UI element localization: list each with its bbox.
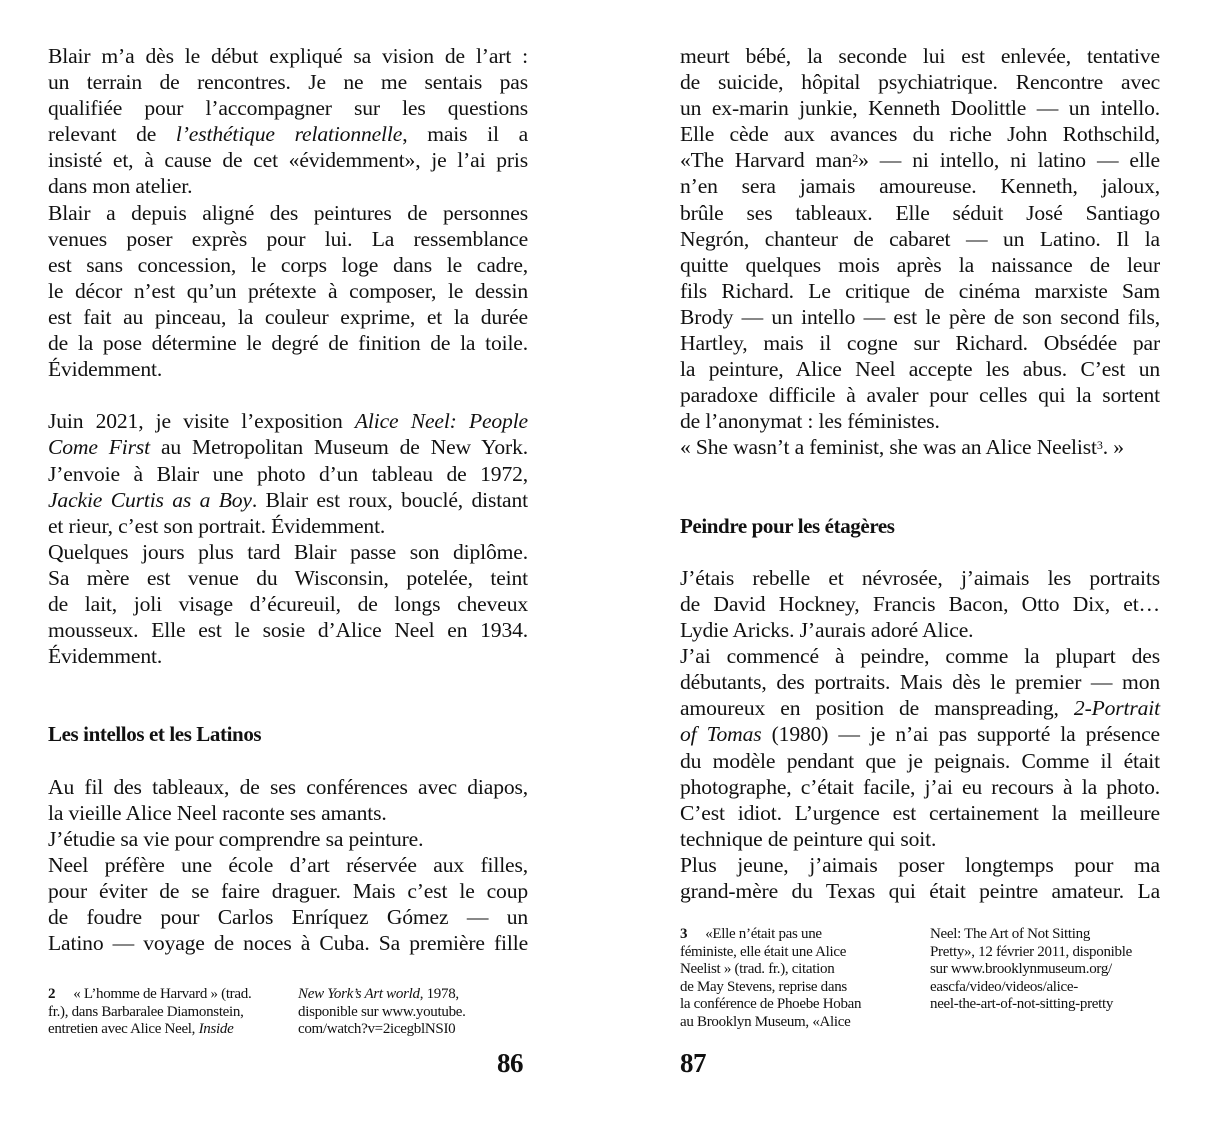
text-line: Negrón, chanteur de cabaret — un Latino.… <box>680 226 1160 252</box>
text-line: quitte quelques mois après la naissance … <box>680 252 1160 278</box>
text-line: dans mon atelier. <box>48 173 528 199</box>
section-heading: Les intellos et les Latinos <box>48 721 528 747</box>
paragraph-exhibition: Juin 2021, je visite l’exposition Alice … <box>48 408 528 669</box>
paragraph-blair-vision: Blair m’a dès le début expliqué sa visio… <box>48 43 528 382</box>
text-line: Au fil des tableaux, de ses conférences … <box>48 774 528 800</box>
footnote-2: 2« L’homme de Harvard » (trad. fr.), dan… <box>48 986 520 1039</box>
text-run: relevant de <box>48 122 176 146</box>
footnote-line: sur www.brooklynmuseum.org/ <box>930 961 1152 979</box>
text-line: Juin 2021, je visite l’exposition Alice … <box>48 408 528 434</box>
text-run: entretien avec Alice Neel, <box>48 1021 199 1037</box>
footnote-line: Neelist » (trad. fr.), citation <box>680 961 902 979</box>
paragraph-intellos: Au fil des tableaux, de ses conférences … <box>48 774 528 957</box>
text-run: . Blair est roux, bouclé, distant <box>252 488 528 512</box>
text-run: «Elle n’était pas une <box>705 926 822 942</box>
footnote-number: 3 <box>680 926 687 942</box>
footnote-line: New York’s Art world, 1978, <box>298 986 520 1004</box>
text-line: qualifiée pour l’accompagner sur les que… <box>48 95 528 121</box>
text-run: «The Harvard man <box>680 148 852 172</box>
text-line: of Tomas (1980) — je n’ai pas supporté l… <box>680 721 1160 747</box>
text-run: , 1978, <box>420 986 459 1002</box>
text-line: débutants, des portraits. Mais dès le pr… <box>680 669 1160 695</box>
text-line: est sans concession, le corps loge dans … <box>48 252 528 278</box>
text-line: « She wasn’t a feminist, she was an Alic… <box>680 434 1160 460</box>
italic-title: Jackie Curtis as a Boy <box>48 488 252 512</box>
text-line: la vieille Alice Neel raconte ses amants… <box>48 800 528 826</box>
text-run: , mais il a <box>402 122 528 146</box>
text-line: Lydie Aricks. J’aurais adoré Alice. <box>680 617 1160 643</box>
italic-title: Come First <box>48 435 150 459</box>
paragraph-spacer <box>48 748 528 774</box>
footnote-line: disponible sur www.youtube. <box>298 1004 520 1022</box>
section-heading: Peindre pour les étagères <box>680 513 1160 539</box>
footnote-column: 3«Elle n’était pas une féministe, elle é… <box>680 926 902 1031</box>
footnote-line: fr.), dans Barbaralee Diamonstein, <box>48 1004 270 1022</box>
text-line: venues poser exprès pour lui. La ressemb… <box>48 226 528 252</box>
text-line: Sa mère est venue du Wisconsin, potelée,… <box>48 565 528 591</box>
footnote-line: Neel: The Art of Not Sitting <box>930 926 1152 944</box>
text-line: grand-mère du Texas qui était peintre am… <box>680 878 1160 904</box>
paragraph-spacer <box>48 382 528 408</box>
footnote-column: New York’s Art world, 1978, disponible s… <box>298 986 520 1039</box>
text-line: Blair a depuis aligné des peintures de p… <box>48 200 528 226</box>
italic-title: of Tomas <box>680 722 762 746</box>
text-line: Plus jeune, j’aimais poser longtemps pou… <box>680 852 1160 878</box>
text-run: amoureux en position de manspreading, <box>680 696 1074 720</box>
left-page: Blair m’a dès le début expliqué sa visio… <box>48 43 528 956</box>
paragraph-alice-lovers: meurt bébé, la seconde lui est enlevée, … <box>680 43 1160 461</box>
text-line: est fait au pinceau, la couleur exprime,… <box>48 304 528 330</box>
text-line: un terrain de rencontres. Je ne me senta… <box>48 69 528 95</box>
text-line: de l’anonymat : les féministes. <box>680 408 1160 434</box>
italic-title: Alice Neel: People <box>355 409 528 433</box>
text-line: pour éviter de se faire draguer. Mais c’… <box>48 878 528 904</box>
text-line: le décor n’est qu’un prétexte à composer… <box>48 278 528 304</box>
text-line: Quelques jours plus tard Blair passe son… <box>48 539 528 565</box>
text-line: «The Harvard man2» — ni intello, ni lati… <box>680 147 1160 173</box>
text-line: Évidemment. <box>48 643 528 669</box>
paragraph-spacer <box>48 695 528 721</box>
paragraph-spacer <box>680 539 1160 565</box>
footnote-line: la conférence de Phoebe Hoban <box>680 996 902 1014</box>
footnote-column: 2« L’homme de Harvard » (trad. fr.), dan… <box>48 986 270 1039</box>
text-line: Hartley, mais il cogne sur Richard. Obsé… <box>680 330 1160 356</box>
text-line: photographe, c’était facile, j’ai eu rec… <box>680 774 1160 800</box>
text-line: J’étudie sa vie pour comprendre sa peint… <box>48 826 528 852</box>
text-line: Évidemment. <box>48 356 528 382</box>
page-number-right: 87 <box>680 1048 706 1079</box>
text-line: Elle cède aux avances du riche John Roth… <box>680 121 1160 147</box>
footnote-line: Pretty», 12 février 2011, disponible <box>930 944 1152 962</box>
italic-title: Inside <box>199 1021 234 1037</box>
text-line: du modèle pendant que je peignais. Comme… <box>680 748 1160 774</box>
text-line: un ex-marin junkie, Kenneth Doolittle — … <box>680 95 1160 121</box>
paragraph-peindre: J’étais rebelle et névrosée, j’aimais le… <box>680 565 1160 904</box>
text-run: « She wasn’t a feminist, she was an Alic… <box>680 435 1097 459</box>
right-page: meurt bébé, la seconde lui est enlevée, … <box>680 43 1160 904</box>
text-line: brûle ses tableaux. Elle séduit José San… <box>680 200 1160 226</box>
text-line: mousseux. Elle est le sosie d’Alice Neel… <box>48 617 528 643</box>
page-number-left: 86 <box>497 1048 523 1079</box>
paragraph-spacer <box>680 461 1160 487</box>
text-line: Blair m’a dès le début expliqué sa visio… <box>48 43 528 69</box>
italic-title: 2-Portrait <box>1074 696 1160 720</box>
footnote-number: 2 <box>48 986 55 1002</box>
italic-title: New York’s Art world <box>298 986 420 1002</box>
text-line: fils Richard. Le critique de cinéma marx… <box>680 278 1160 304</box>
footnote-line: eascfa/video/videos/alice- <box>930 979 1152 997</box>
text-line: Come First au Metropolitan Museum de New… <box>48 434 528 460</box>
text-line: de David Hockney, Francis Bacon, Otto Di… <box>680 591 1160 617</box>
text-line: J’étais rebelle et névrosée, j’aimais le… <box>680 565 1160 591</box>
text-line: de la pose détermine le degré de finitio… <box>48 330 528 356</box>
paragraph-spacer <box>48 669 528 695</box>
text-line: C’est idiot. L’urgence est certainement … <box>680 800 1160 826</box>
text-line: meurt bébé, la seconde lui est enlevée, … <box>680 43 1160 69</box>
footnote-line: féministe, elle était une Alice <box>680 944 902 962</box>
text-line: technique de peinture qui soit. <box>680 826 1160 852</box>
text-line: et rieur, c’est son portrait. Évidemment… <box>48 513 528 539</box>
footnote-line: 2« L’homme de Harvard » (trad. <box>48 986 270 1004</box>
text-line: Latino — voyage de noces à Cuba. Sa prem… <box>48 930 528 956</box>
text-line: la peinture, Alice Neel accepte les abus… <box>680 356 1160 382</box>
italic-term: l’esthétique relationnelle <box>176 122 402 146</box>
footnote-ref[interactable]: 2 <box>852 151 858 165</box>
text-line: J’envoie à Blair une photo d’un tableau … <box>48 461 528 487</box>
footnote-ref[interactable]: 3 <box>1097 438 1103 452</box>
paragraph-spacer <box>680 487 1160 513</box>
text-line: n’en sera jamais amoureuse. Kenneth, jal… <box>680 173 1160 199</box>
text-run: (1980) — je n’ai pas supporté la présenc… <box>762 722 1161 746</box>
footnote-line: de May Stevens, reprise dans <box>680 979 902 997</box>
text-run: » — ni intello, ni latino — elle <box>858 148 1160 172</box>
footnote-line: au Brooklyn Museum, «Alice <box>680 1014 902 1032</box>
text-line: Brody — un intello — est le père de son … <box>680 304 1160 330</box>
text-run: au Metropolitan Museum de New York. <box>150 435 528 459</box>
text-line: de foudre pour Carlos Enríquez Gómez — u… <box>48 904 528 930</box>
footnote-column: Neel: The Art of Not Sitting Pretty», 12… <box>930 926 1152 1031</box>
text-run: « L’homme de Harvard » (trad. <box>73 986 251 1002</box>
footnote-line: 3«Elle n’était pas une <box>680 926 902 944</box>
footnote-3: 3«Elle n’était pas une féministe, elle é… <box>680 926 1152 1031</box>
text-line: Neel préfère une école d’art réservée au… <box>48 852 528 878</box>
footnote-line: entretien avec Alice Neel, Inside <box>48 1021 270 1039</box>
footnote-line: neel-the-art-of-not-sitting-pretty <box>930 996 1152 1014</box>
text-run: Juin 2021, je visite l’exposition <box>48 409 355 433</box>
text-line: de lait, joli visage d’écureuil, de long… <box>48 591 528 617</box>
text-run: . » <box>1103 435 1124 459</box>
footnote-line: com/watch?v=2icegblNSI0 <box>298 1021 520 1039</box>
text-line: insisté et, à cause de cet «évidemment»,… <box>48 147 528 173</box>
text-line: paradoxe difficile à avaler pour celles … <box>680 382 1160 408</box>
text-line: amoureux en position de manspreading, 2-… <box>680 695 1160 721</box>
text-line: J’ai commencé à peindre, comme la plupar… <box>680 643 1160 669</box>
text-line: relevant de l’esthétique relationnelle, … <box>48 121 528 147</box>
text-line: Jackie Curtis as a Boy. Blair est roux, … <box>48 487 528 513</box>
text-line: de suicide, hôpital psychiatrique. Renco… <box>680 69 1160 95</box>
